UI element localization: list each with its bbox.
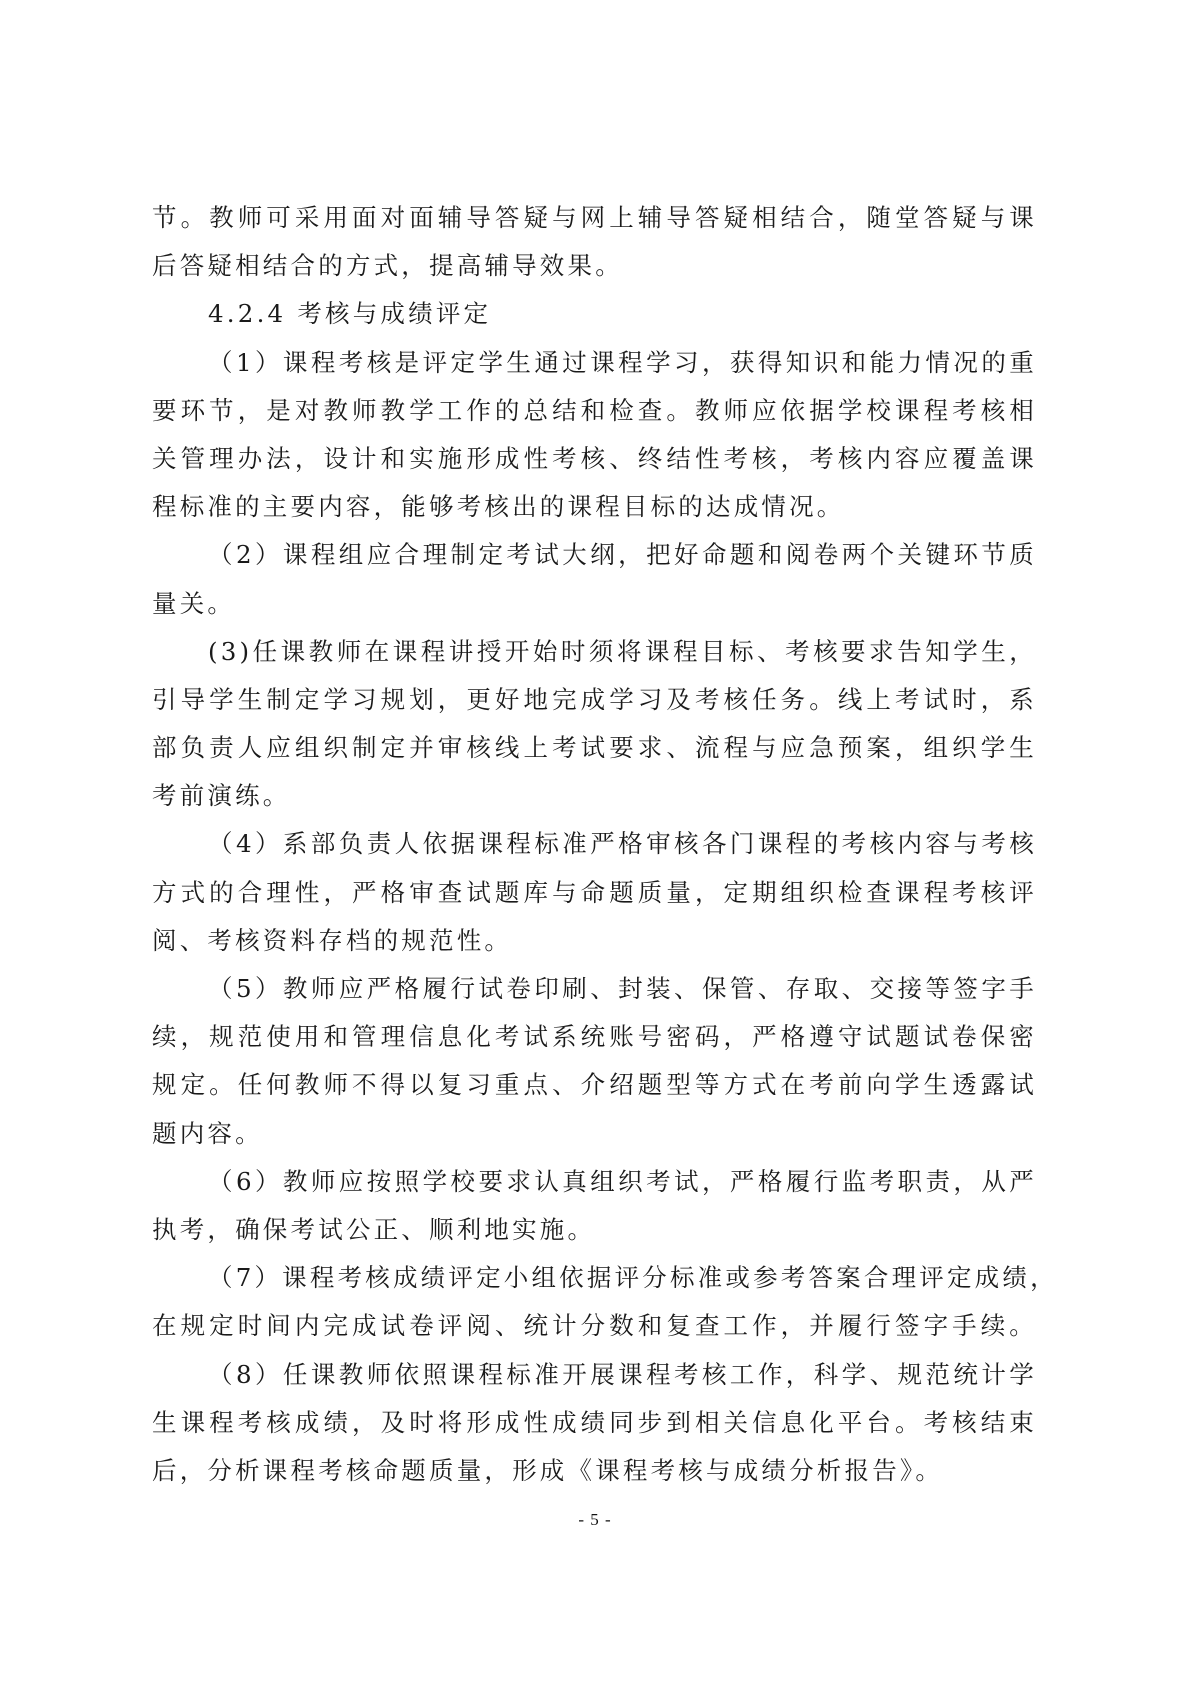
text-line: （1）课程考核是评定学生通过课程学习，获得知识和能力情况的重 bbox=[152, 339, 1037, 387]
text-line: (3)任课教师在课程讲授开始时须将课程目标、考核要求告知学生， bbox=[152, 628, 1037, 676]
text-line: （2）课程组应合理制定考试大纲，把好命题和阅卷两个关键环节质 bbox=[152, 531, 1037, 579]
text-line: 题内容。 bbox=[152, 1110, 1037, 1158]
text-line: 引导学生制定学习规划，更好地完成学习及考核任务。线上考试时，系 bbox=[152, 676, 1037, 724]
text-line: 阅、考核资料存档的规范性。 bbox=[152, 917, 1037, 965]
page-number: - 5 - bbox=[0, 1510, 1190, 1530]
text-line: 要环节，是对教师教学工作的总结和检查。教师应依据学校课程考核相 bbox=[152, 387, 1037, 435]
text-line: 关管理办法，设计和实施形成性考核、终结性考核，考核内容应覆盖课 bbox=[152, 435, 1037, 483]
text-line: 生课程考核成绩，及时将形成性成绩同步到相关信息化平台。考核结束 bbox=[152, 1399, 1037, 1447]
text-line: 在规定时间内完成试卷评阅、统计分数和复查工作，并履行签字手续。 bbox=[152, 1302, 1037, 1350]
text-line: 节。教师可采用面对面辅导答疑与网上辅导答疑相结合，随堂答疑与课 bbox=[152, 194, 1037, 242]
section-heading: 4.2.4 考核与成绩评定 bbox=[152, 290, 1037, 338]
text-line: （6）教师应按照学校要求认真组织考试，严格履行监考职责，从严 bbox=[152, 1158, 1037, 1206]
text-line: 规定。任何教师不得以复习重点、介绍题型等方式在考前向学生透露试 bbox=[152, 1061, 1037, 1109]
text-line: （5）教师应严格履行试卷印刷、封装、保管、存取、交接等签字手 bbox=[152, 965, 1037, 1013]
text-line: 程标准的主要内容，能够考核出的课程目标的达成情况。 bbox=[152, 483, 1037, 531]
text-line: （4）系部负责人依据课程标准严格审核各门课程的考核内容与考核 bbox=[152, 820, 1037, 868]
text-line: 执考，确保考试公正、顺利地实施。 bbox=[152, 1206, 1037, 1254]
text-line: 续，规范使用和管理信息化考试系统账号密码，严格遵守试题试卷保密 bbox=[152, 1013, 1037, 1061]
text-line: 量关。 bbox=[152, 580, 1037, 628]
text-line: 方式的合理性，严格审查试题库与命题质量，定期组织检查课程考核评 bbox=[152, 869, 1037, 917]
text-line: 后，分析课程考核命题质量，形成《课程考核与成绩分析报告》。 bbox=[152, 1447, 1037, 1495]
document-page: 节。教师可采用面对面辅导答疑与网上辅导答疑相结合，随堂答疑与课后答疑相结合的方式… bbox=[0, 0, 1190, 1684]
text-line: （8）任课教师依照课程标准开展课程考核工作，科学、规范统计学 bbox=[152, 1351, 1037, 1399]
text-line: 考前演练。 bbox=[152, 772, 1037, 820]
text-line: 部负责人应组织制定并审核线上考试要求、流程与应急预案，组织学生 bbox=[152, 724, 1037, 772]
body-text: 节。教师可采用面对面辅导答疑与网上辅导答疑相结合，随堂答疑与课后答疑相结合的方式… bbox=[152, 194, 1037, 1495]
text-line: 后答疑相结合的方式，提高辅导效果。 bbox=[152, 242, 1037, 290]
text-line: （7）课程考核成绩评定小组依据评分标准或参考答案合理评定成绩， bbox=[152, 1254, 1037, 1302]
